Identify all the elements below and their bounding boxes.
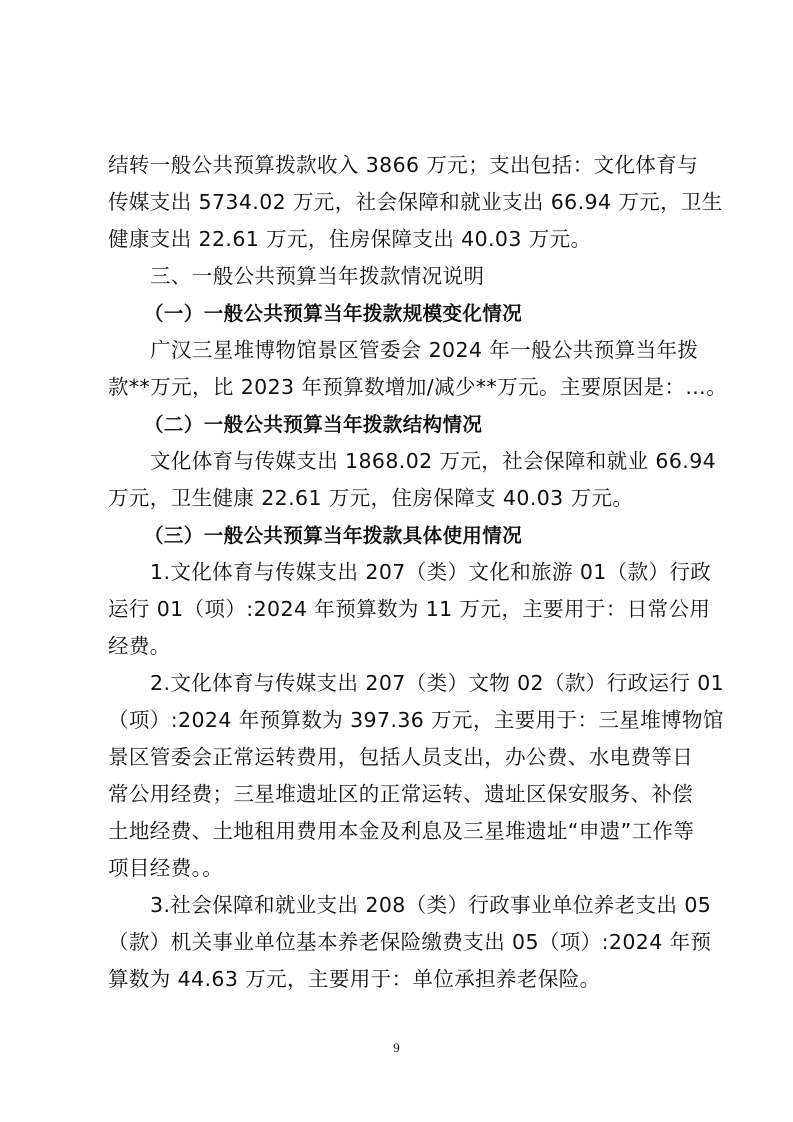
paragraph-line: 常公用经费；三星堆遗址区的正常运转、遗址区保安服务、补偿 — [108, 776, 700, 813]
paragraph-line: 土地经费、土地租用费用本金及利息及三星堆遗址“申遗”工作等 — [108, 813, 700, 850]
paragraph-line: 3.社会保障和就业支出 208（类）行政事业单位养老支出 05 — [108, 887, 700, 924]
document-body: 结转一般公共预算拨款收入 3866 万元；支出包括：文化体育与 传媒支出 573… — [108, 147, 700, 998]
paragraph-line: 款**万元，比 2023 年预算数增加/减少**万元。主要原因是：…。 — [108, 369, 700, 406]
paragraph-line: 运行 01（项）:2024 年预算数为 11 万元，主要用于：日常公用 — [108, 591, 700, 628]
paragraph-line: 1.文化体育与传媒支出 207（类）文化和旅游 01（款）行政 — [108, 554, 700, 591]
subsection-heading: （一）一般公共预算当年拨款规模变化情况 — [108, 295, 700, 332]
paragraph-line: 万元，卫生健康 22.61 万元，住房保障支 40.03 万元。 — [108, 480, 700, 517]
paragraph-line: 经费。 — [108, 628, 700, 665]
paragraph-line: 结转一般公共预算拨款收入 3866 万元；支出包括：文化体育与 — [108, 147, 700, 184]
paragraph-line: （项）:2024 年预算数为 397.36 万元，主要用于：三星堆博物馆 — [108, 702, 700, 739]
paragraph-line: 项目经费。。 — [108, 850, 700, 887]
paragraph-line: 健康支出 22.61 万元，住房保障支出 40.03 万元。 — [108, 221, 700, 258]
paragraph-line: 广汉三星堆博物馆景区管委会 2024 年一般公共预算当年拨 — [108, 332, 700, 369]
paragraph-line: 景区管委会正常运转费用，包括人员支出，办公费、水电费等日 — [108, 739, 700, 776]
paragraph-line: 文化体育与传媒支出 1868.02 万元，社会保障和就业 66.94 — [108, 443, 700, 480]
section-heading: 三、一般公共预算当年拨款情况说明 — [108, 258, 700, 295]
page-number: 9 — [0, 1040, 793, 1056]
paragraph-line: 传媒支出 5734.02 万元，社会保障和就业支出 66.94 万元，卫生 — [108, 184, 700, 221]
subsection-heading: （二）一般公共预算当年拨款结构情况 — [108, 406, 700, 443]
paragraph-line: 2.文化体育与传媒支出 207（类）文物 02（款）行政运行 01 — [108, 665, 700, 702]
paragraph-line: 算数为 44.63 万元，主要用于：单位承担养老保险。 — [108, 961, 700, 998]
subsection-heading: （三）一般公共预算当年拨款具体使用情况 — [108, 517, 700, 554]
paragraph-line: （款）机关事业单位基本养老保险缴费支出 05（项）:2024 年预 — [108, 924, 700, 961]
